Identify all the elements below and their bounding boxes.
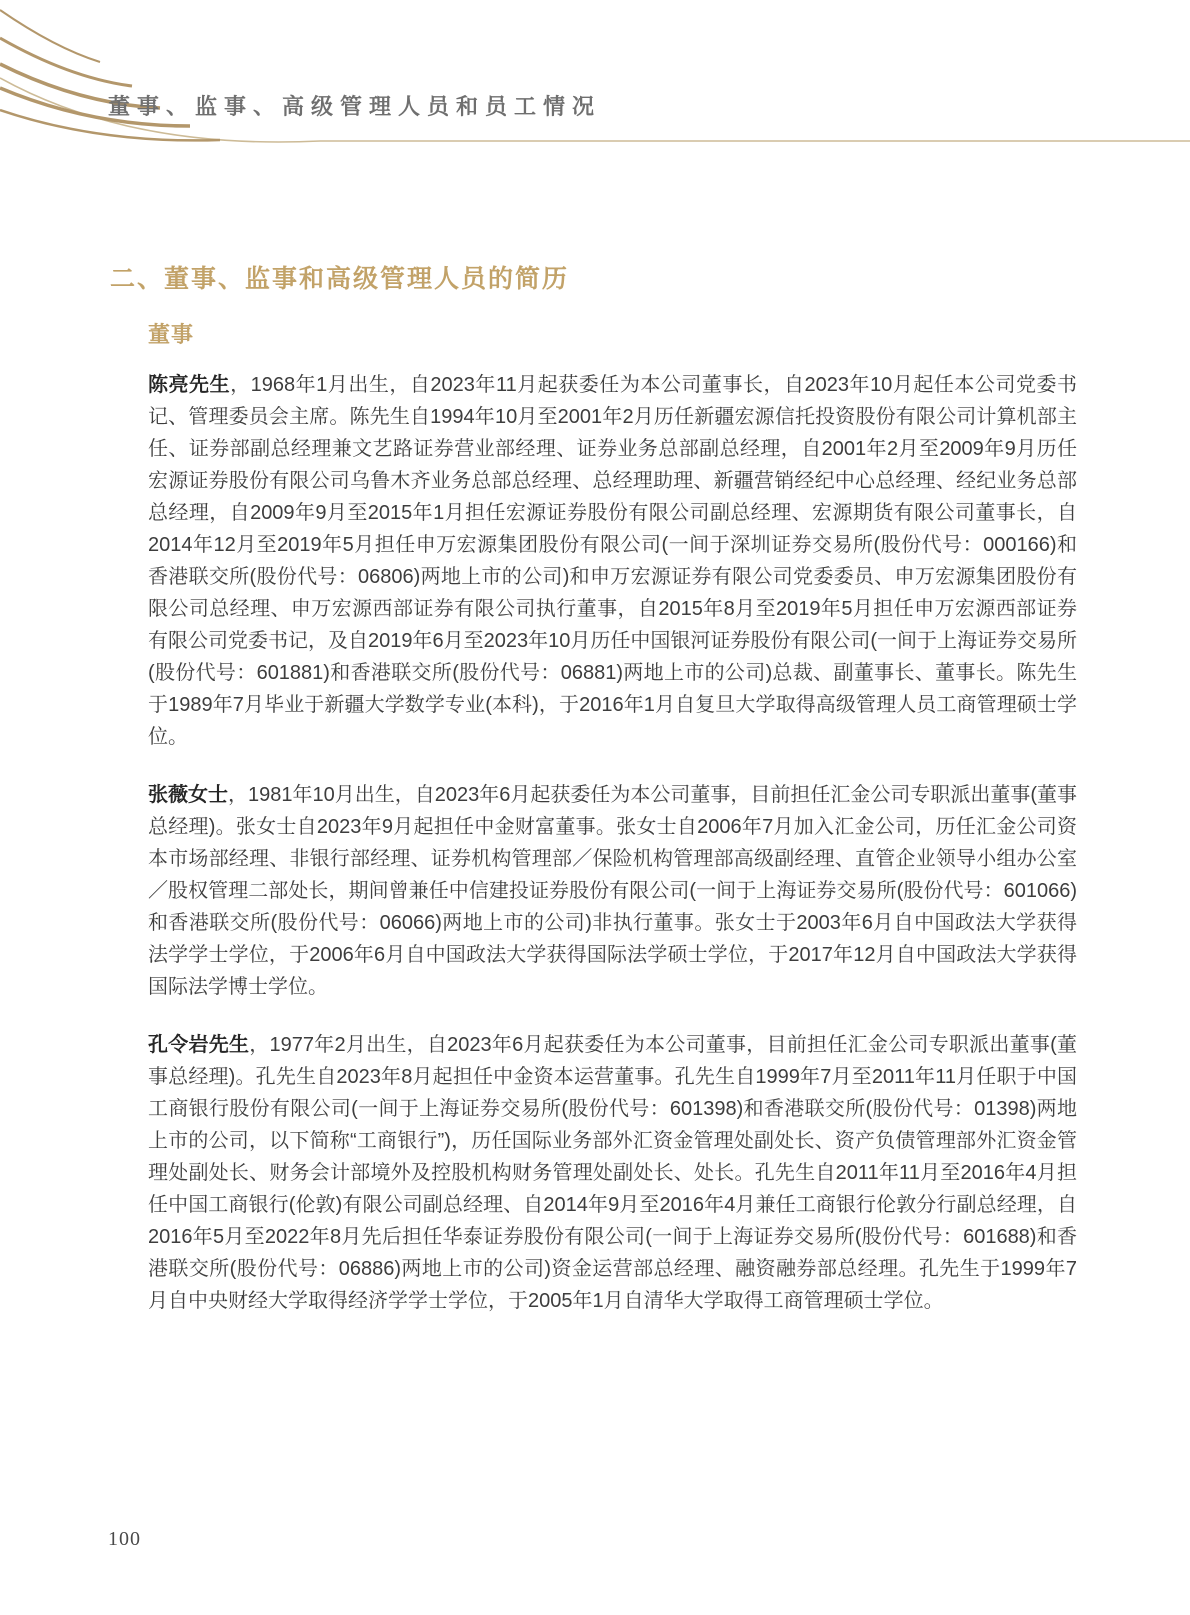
bio-text: ，1977年2月出生，自2023年6月起获委任为本公司董事，目前担任汇金公司专职… (148, 1034, 1077, 1312)
section-heading: 二、董事、监事和高级管理人员的简历 (110, 264, 1079, 294)
page-number: 100 (108, 1528, 141, 1551)
bio-paragraph-chen-liang: 陈亮先生，1968年1月出生，自2023年11月起获委任为本公司董事长，自202… (148, 369, 1077, 753)
bio-list: 陈亮先生，1968年1月出生，自2023年11月起获委任为本公司董事长，自202… (148, 369, 1077, 1317)
bio-paragraph-kong-lingyan: 孔令岩先生，1977年2月出生，自2023年6月起获委任为本公司董事，目前担任汇… (148, 1029, 1077, 1317)
bio-name: 张薇女士 (148, 784, 228, 806)
bio-text: ，1968年1月出生，自2023年11月起获委任为本公司董事长，自2023年10… (148, 374, 1077, 748)
decorative-arcs-graphic (0, 0, 1190, 170)
main-content: 二、董事、监事和高级管理人员的简历 董事 陈亮先生，1968年1月出生，自202… (110, 264, 1079, 1343)
sub-heading-directors: 董事 (148, 318, 1079, 349)
bio-name: 陈亮先生 (148, 374, 230, 396)
document-page: 董事、监事、高级管理人员和员工情况 二、董事、监事和高级管理人员的简历 董事 陈… (0, 0, 1190, 1615)
chapter-header-title: 董事、监事、高级管理人员和员工情况 (108, 90, 601, 121)
bio-name: 孔令岩先生 (148, 1034, 249, 1056)
bio-paragraph-zhang-wei: 张薇女士，1981年10月出生，自2023年6月起获委任为本公司董事，目前担任汇… (148, 779, 1077, 1003)
bio-text: ，1981年10月出生，自2023年6月起获委任为本公司董事，目前担任汇金公司专… (148, 784, 1077, 998)
